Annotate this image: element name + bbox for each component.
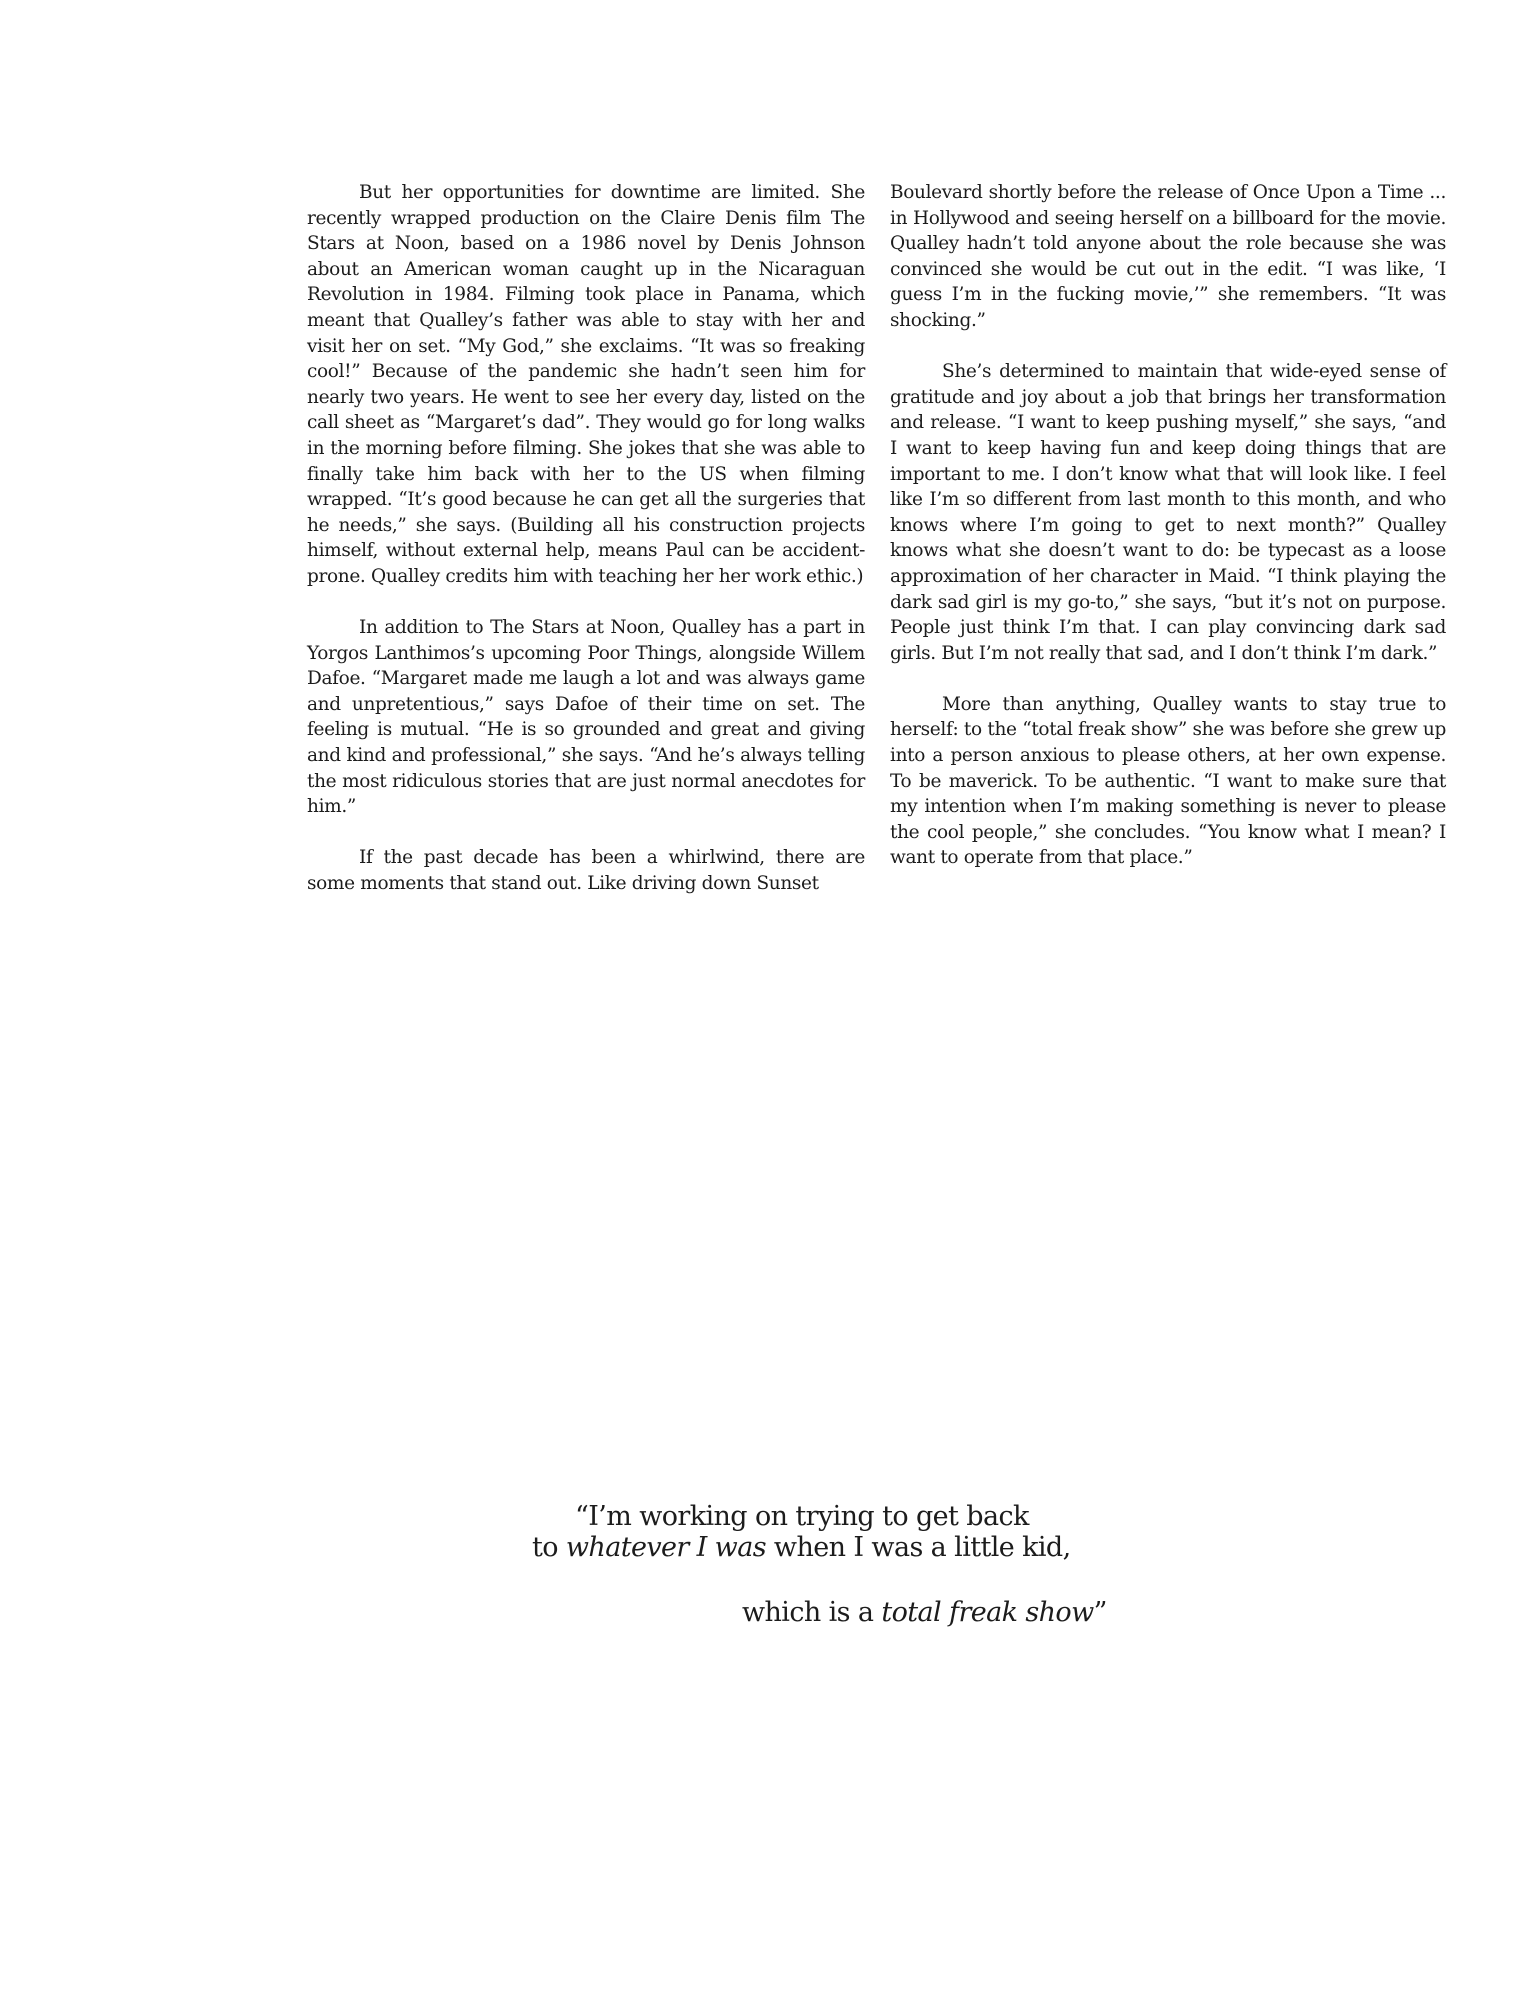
- pull-quote-text: which is a: [742, 1597, 881, 1628]
- paragraph-sunset-continued: Boulevard shortly before the release of …: [890, 180, 1446, 334]
- pull-quote-line-2: to whatever I was when I was a little ki…: [532, 1533, 1071, 1563]
- paragraph-poor-things: In addition to The Stars at Noon, Qualle…: [307, 615, 865, 820]
- pull-quote-line-3: which is a total freak show”: [742, 1598, 1107, 1628]
- pull-quote-emphasis: whatever I was: [566, 1532, 766, 1563]
- pull-quote-text: “I’m working on trying to get back: [575, 1501, 1029, 1532]
- paragraph-gratitude: She’s determined to maintain that wide-e…: [890, 359, 1446, 666]
- paragraph-true-to-herself: More than anything, Qualley wants to sta…: [890, 692, 1446, 871]
- paragraph-whirlwind: If the past decade has been a whirlwind,…: [307, 845, 865, 896]
- pull-quote-emphasis: total freak show: [881, 1597, 1093, 1628]
- article-left-column: But her opportunities for downtime are l…: [307, 180, 865, 922]
- pull-quote-text: to: [532, 1532, 566, 1563]
- paragraph-downtime: But her opportunities for downtime are l…: [307, 180, 865, 590]
- pull-quote-text: when I was a little kid,: [766, 1532, 1071, 1563]
- article-right-column: Boulevard shortly before the release of …: [890, 180, 1446, 897]
- pull-quote-line-1: “I’m working on trying to get back: [575, 1502, 1029, 1532]
- pull-quote-text: ”: [1094, 1597, 1107, 1628]
